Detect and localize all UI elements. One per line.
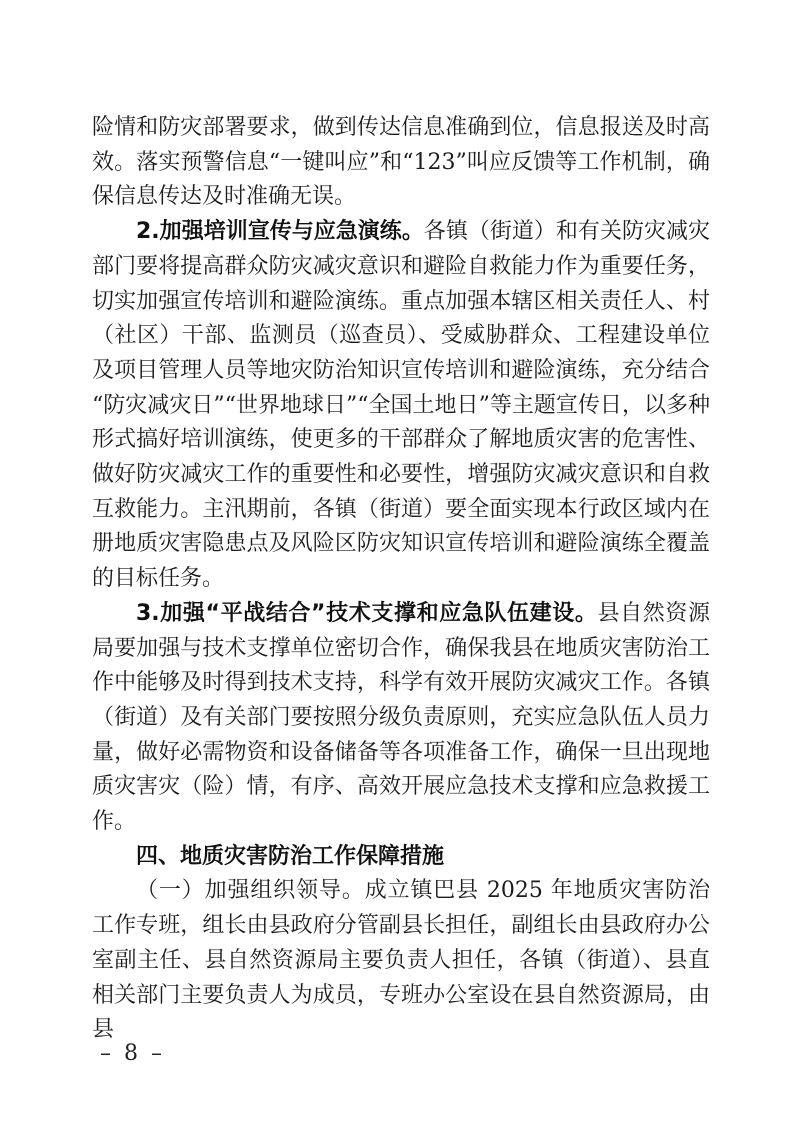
- paragraph-text: 县自然资源局要加强与技术支撑单位密切合作，确保我县在地质灾害防治工作中能够及时得…: [92, 601, 710, 834]
- paragraph-organizational-leadership: （一）加强组织领导。成立镇巴县 2025 年地质灾害防治工作专班，组长由县政府分…: [92, 874, 710, 1048]
- section-heading-safeguard-measures: 四、地质灾害防治工作保障措施: [92, 840, 710, 875]
- paragraph-warning-info-continuation: 险情和防灾部署要求，做到传达信息准确到位，信息报送及时高效。落实预警信息“一键叫…: [92, 111, 710, 215]
- paragraph-text: 各镇（街道）和有关防灾减灾部门要将提高群众防灾减灾意识和避险自救能力作为重要任务…: [92, 219, 710, 591]
- paragraph-text: 险情和防灾部署要求，做到传达信息准确到位，信息报送及时高效。落实预警信息“一键叫…: [92, 115, 710, 209]
- section-heading-text: 四、地质灾害防治工作保障措施: [136, 844, 444, 869]
- paragraph-training-drills: 2.加强培训宣传与应急演练。各镇（街道）和有关防灾减灾部门要将提高群众防灾减灾意…: [92, 215, 710, 597]
- numbered-heading-training-drills: 2.加强培训宣传与应急演练。: [136, 219, 424, 244]
- paragraph-tech-support-teams: 3.加强“平战结合”技术支撑和应急队伍建设。县自然资源局要加强与技术支撑单位密切…: [92, 597, 710, 840]
- subsection-heading-organizational-leadership: （一）加强组织领导。: [136, 878, 365, 903]
- document-body: 险情和防灾部署要求，做到传达信息准确到位，信息报送及时高效。落实预警信息“一键叫…: [92, 111, 710, 1048]
- numbered-heading-tech-support: 3.加强“平战结合”技术支撑和应急队伍建设。: [136, 601, 598, 626]
- page-number: – 8 –: [100, 1041, 165, 1066]
- document-page: 险情和防灾部署要求，做到传达信息准确到位，信息报送及时高效。落实预警信息“一键叫…: [0, 0, 793, 1122]
